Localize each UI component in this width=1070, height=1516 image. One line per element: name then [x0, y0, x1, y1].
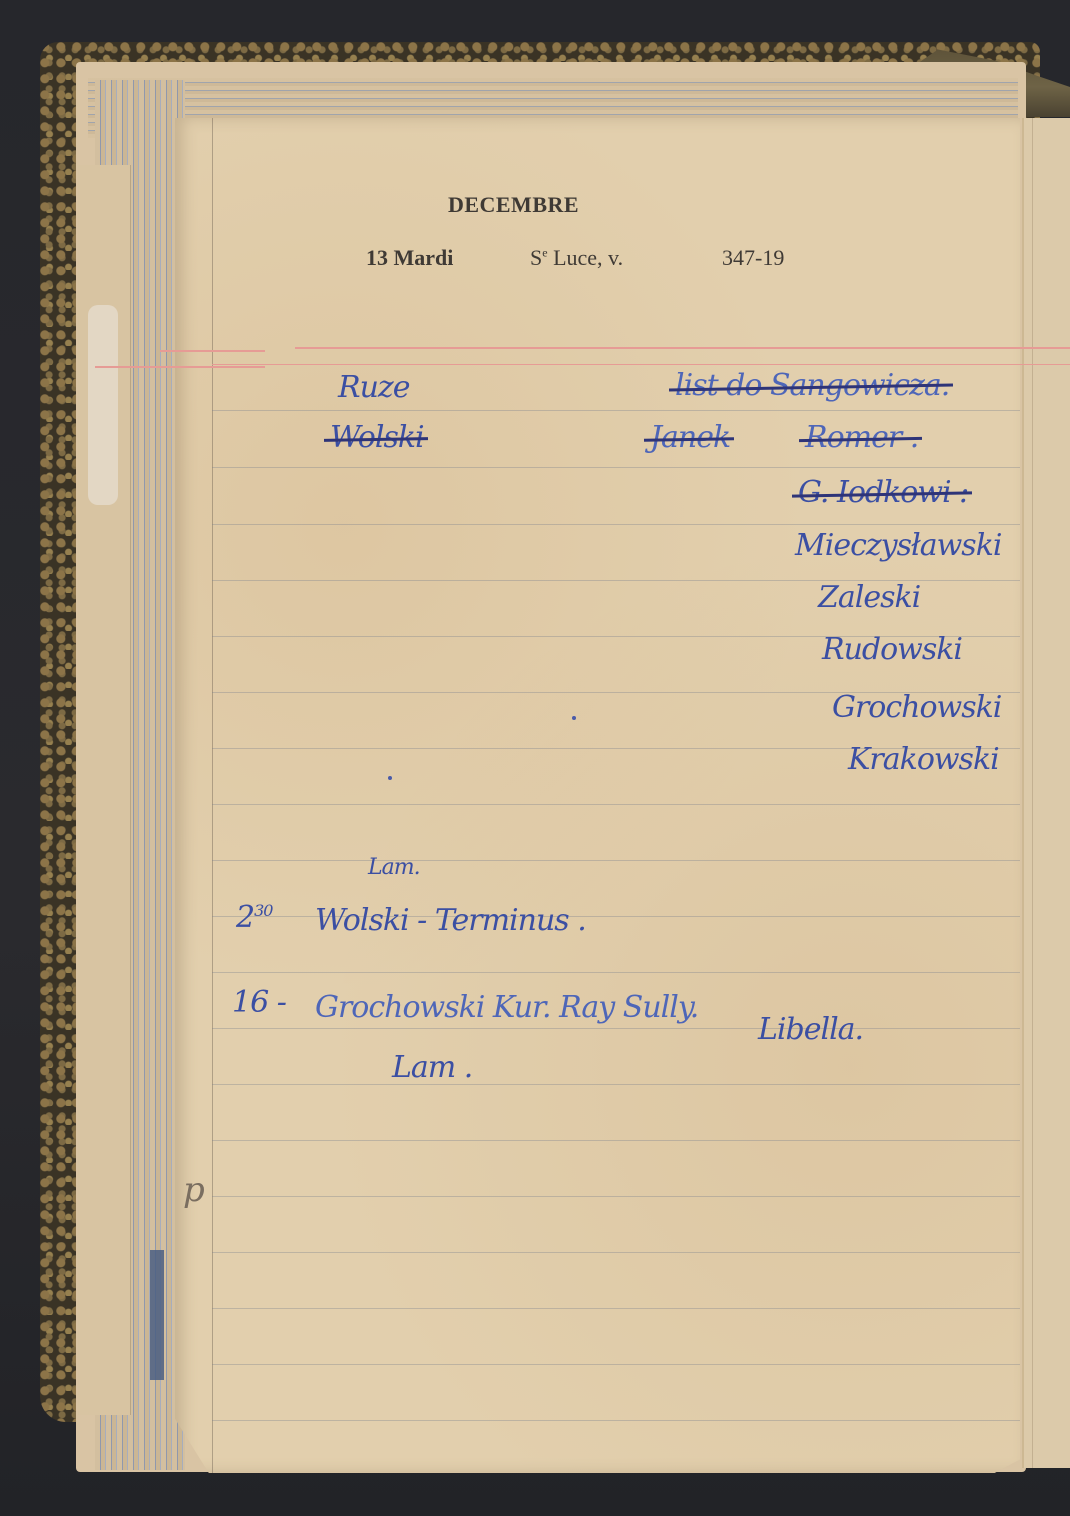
name-list-item: Mieczysławski	[795, 528, 1001, 563]
month-heading: DECEMBRE	[175, 192, 1020, 218]
time-minutes: 30	[254, 901, 272, 920]
handwritten-entry-struck: G. Iodkowi :	[798, 475, 968, 510]
header-rule-1	[295, 347, 1070, 349]
time-hour: 2	[236, 900, 254, 935]
ruled-line	[212, 804, 1020, 805]
name-list-item: Krakowski	[848, 742, 999, 777]
ruled-line	[212, 410, 1020, 411]
facing-page-sliver	[1022, 118, 1070, 1468]
ruled-line	[212, 1308, 1020, 1309]
ruled-line	[212, 1196, 1020, 1197]
ink-speck	[388, 776, 392, 780]
margin-line	[212, 118, 213, 1473]
ruled-line	[212, 1364, 1020, 1365]
name-list-item: Zaleski	[818, 580, 920, 615]
name-list-item: Grochowski	[832, 690, 1001, 725]
saint-name: Luce, v.	[553, 245, 623, 270]
handwritten-entry-struck: Janek	[650, 420, 730, 455]
saint-day-label: Se Luce, v.	[530, 245, 623, 271]
handwritten-entry-struck: Romer .	[805, 420, 918, 455]
ruled-line	[212, 524, 1020, 525]
ruled-line	[212, 972, 1020, 973]
day-label: 13 Mardi	[366, 245, 453, 271]
month-label: DECEMBRE	[448, 192, 579, 217]
previous-page-flap	[78, 165, 131, 1415]
appointment-aside: Libella.	[758, 1012, 863, 1047]
diary-page	[175, 118, 1020, 1473]
ink-speck	[572, 716, 576, 720]
ruled-line	[212, 1084, 1020, 1085]
pencil-margin-mark: p	[183, 1170, 205, 1210]
handwritten-entry: Ruze	[338, 370, 409, 405]
day-of-year-count: 347-19	[722, 245, 784, 271]
ruled-line	[212, 1252, 1020, 1253]
ruled-line	[212, 1420, 1020, 1421]
saint-superscript: e	[542, 246, 547, 260]
ruled-line	[212, 1028, 1020, 1029]
ruled-line	[212, 467, 1020, 468]
page-edge-stain	[150, 1250, 164, 1380]
ruled-line	[212, 1140, 1020, 1141]
appointment-correction: Lam.	[368, 855, 420, 880]
appointment-text: Wolski - Terminus .	[315, 903, 586, 938]
header-rule-2	[212, 364, 1070, 365]
header-rule-left-1	[160, 350, 265, 352]
gutter-line	[1032, 118, 1033, 1468]
appointment-time: 16 -	[232, 985, 286, 1020]
handwritten-entry-struck: list do Sangowicza.	[675, 368, 949, 403]
name-list-item: Rudowski	[822, 632, 962, 667]
header-rule-left-2	[95, 366, 265, 368]
appointment-text: Grochowski Kur. Ray Sully.	[315, 990, 698, 1025]
saint-prefix: S	[530, 245, 542, 270]
ruled-line	[212, 860, 1020, 861]
handwritten-entry-struck: Wolski	[330, 420, 424, 455]
appointment-followup: Lam .	[392, 1050, 472, 1085]
page-tear	[88, 305, 118, 505]
appointment-time: 230	[236, 900, 272, 935]
